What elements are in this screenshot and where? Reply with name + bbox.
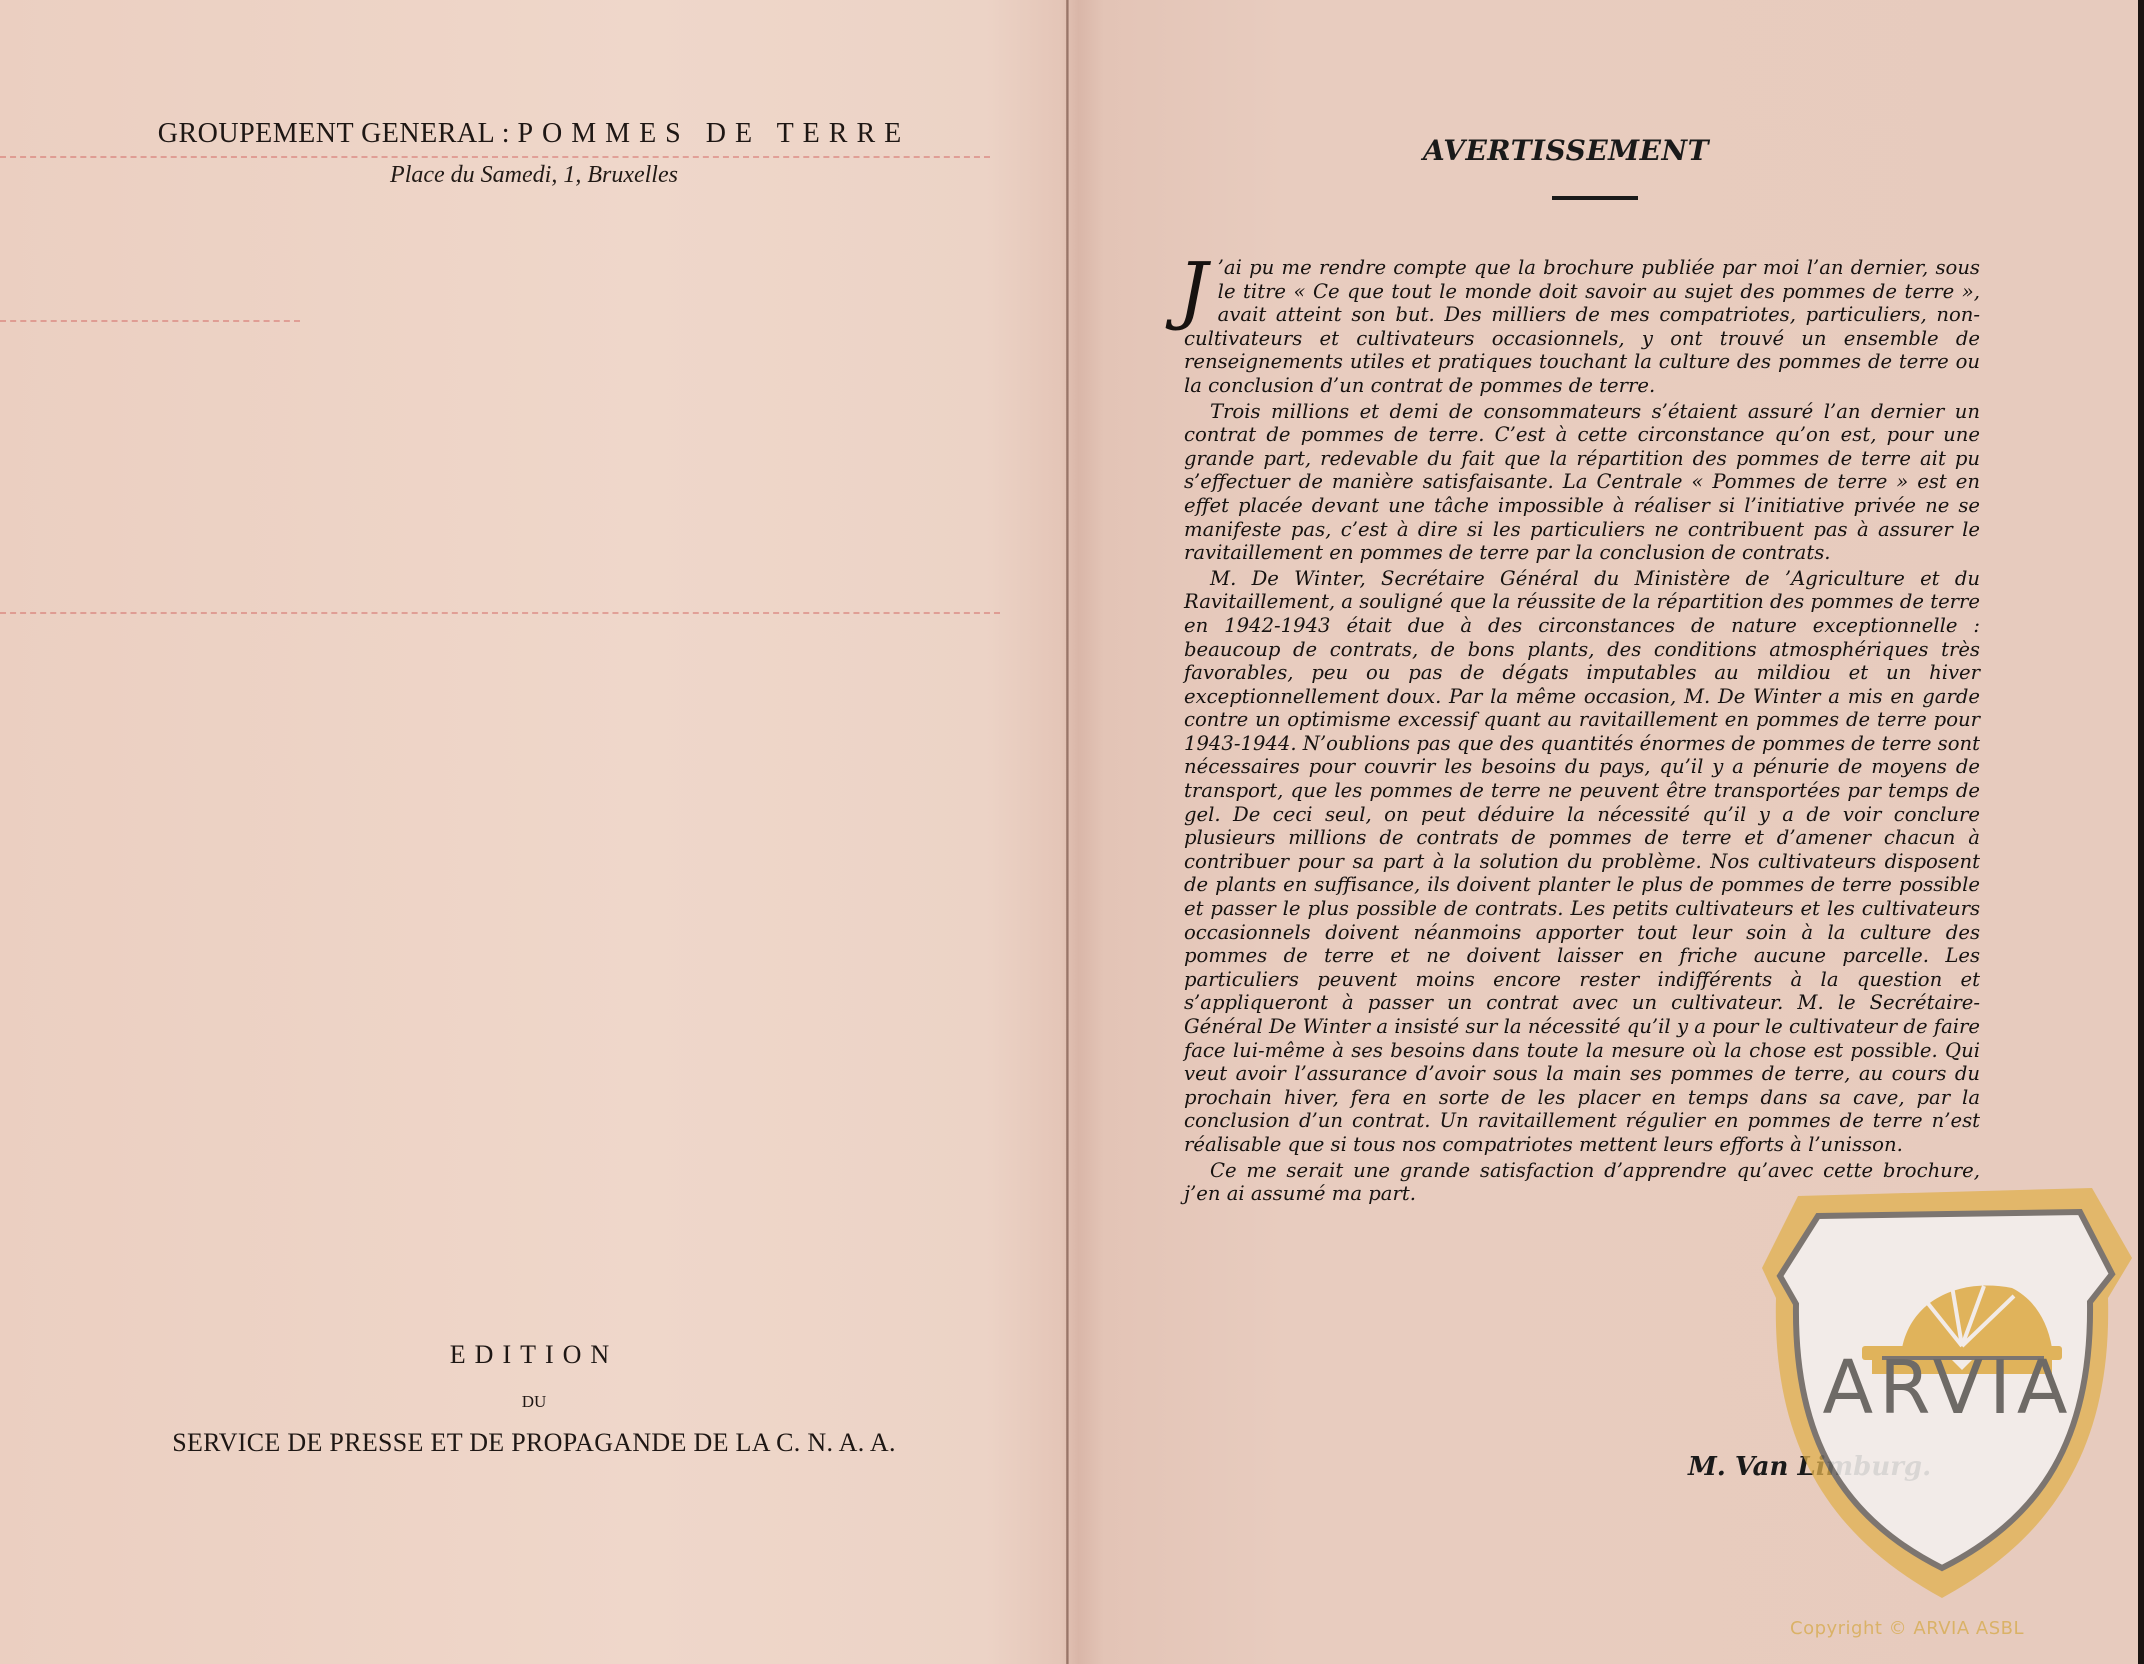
print-guide-line bbox=[0, 156, 990, 158]
title-underline bbox=[1552, 196, 1638, 200]
page-title: AVERTISSEMENT bbox=[1028, 134, 2104, 167]
print-guide-line bbox=[0, 320, 300, 322]
brochure-spread: GROUPEMENT GENERAL : POMMES DE TERRE Pla… bbox=[0, 0, 2144, 1664]
edition-du-label: DU bbox=[0, 1392, 1068, 1412]
watermark-text: ARVIA bbox=[1808, 1345, 2088, 1431]
publisher-name: SERVICE DE PRESSE ET DE PROPAGANDE DE LA… bbox=[0, 1428, 1068, 1458]
organization-prefix: GROUPEMENT GENERAL : bbox=[158, 118, 510, 149]
drop-cap: J bbox=[1178, 258, 1208, 322]
copyright-notice: Copyright © ARVIA ASBL bbox=[1790, 1618, 2024, 1639]
scan-edge bbox=[2138, 0, 2144, 1664]
paragraph-1: J’ai pu me rendre compte que la brochure… bbox=[1184, 256, 1980, 398]
left-page bbox=[0, 0, 1068, 1664]
paragraph-2: Trois millions et demi de consommateurs … bbox=[1184, 400, 1980, 565]
organization-title: GROUPEMENT GENERAL : POMMES DE TERRE bbox=[0, 118, 1068, 150]
paragraph-3: M. De Winter, Secrétaire Général du Mini… bbox=[1184, 567, 1980, 1157]
foreword-body: J’ai pu me rendre compte que la brochure… bbox=[1184, 256, 1980, 1208]
organization-subject: POMMES DE TERRE bbox=[517, 118, 910, 149]
print-guide-line bbox=[0, 612, 1000, 614]
edition-label: EDITION bbox=[0, 1340, 1068, 1370]
organization-address: Place du Samedi, 1, Bruxelles bbox=[0, 162, 1068, 189]
